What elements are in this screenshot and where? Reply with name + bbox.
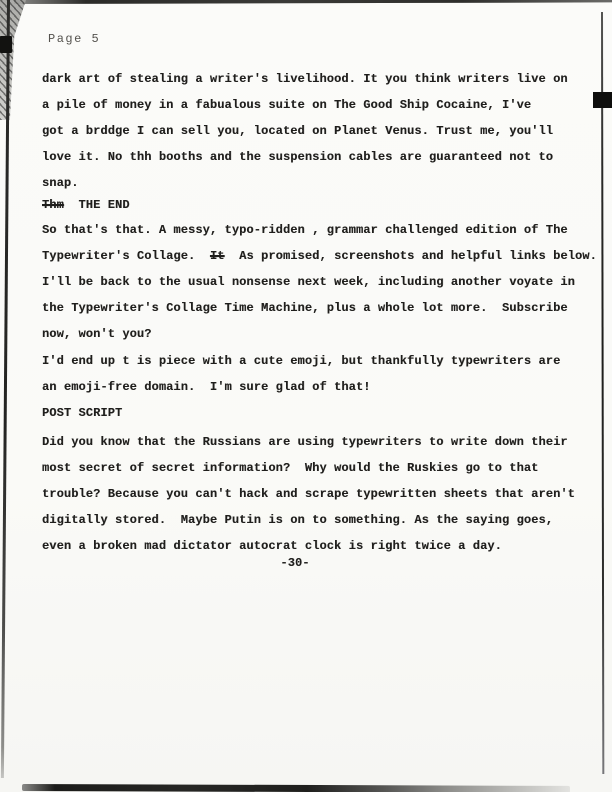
scan-artifact-left-blob [0,36,12,53]
scan-artifact-bottom-band [22,784,570,792]
paragraph-bridge: dark art of stealing a writer's liveliho… [42,66,568,196]
scanned-page: Page 5 dark art of stealing a writer's l… [0,0,612,792]
struck-word: It [210,249,225,263]
text-line: trouble? Because you can't hack and scra… [42,481,575,507]
text-line: love it. No thh booths and the suspensio… [42,144,568,170]
text-line: I'd end up t is piece with a cute emoji,… [42,348,560,374]
text-line: the Typewriter's Collage Time Machine, p… [42,295,597,321]
text-line: now, won't you? [42,321,597,347]
text-line: got a brddge I can sell you, located on … [42,118,568,144]
text-line: an emoji-free domain. I'm sure glad of t… [42,374,560,400]
struck-word: Thm [42,198,64,212]
heading-text: POST SCRIPT [42,400,122,426]
text-line: Typewriter's Collage. It As promised, sc… [42,243,597,269]
scan-artifact-right-blob [593,92,612,108]
paragraph-wrap-up: So that's that. A messy, typo-ridden , g… [42,217,597,347]
text-segment: Typewriter's Collage. [42,249,210,263]
text-line: digitally stored. Maybe Putin is on to s… [42,507,575,533]
text-line: So that's that. A messy, typo-ridden , g… [42,217,597,243]
text-line: Thm THE END [42,192,130,218]
scan-artifact-left-edge [1,0,10,778]
text-line: dark art of stealing a writer's liveliho… [42,66,568,92]
page-number-label: Page 5 [48,28,100,50]
text-line: Did you know that the Russians are using… [42,429,575,455]
text-line: I'll be back to the usual nonsense next … [42,269,597,295]
text-segment: As promised, screenshots and helpful lin… [225,249,597,263]
heading-text: THE END [64,198,130,212]
section-heading-the-end: Thm THE END [42,192,130,218]
text-line: most secret of secret information? Why w… [42,455,575,481]
paragraph-emoji: I'd end up t is piece with a cute emoji,… [42,348,560,400]
section-heading-post-script: POST SCRIPT [42,400,122,426]
end-mark: -30- [0,550,590,576]
end-mark-text: -30- [280,550,309,576]
scan-artifact-topleft-hatch [0,0,26,120]
text-line: a pile of money in a fabualous suite on … [42,92,568,118]
paragraph-russians: Did you know that the Russians are using… [42,429,575,559]
scan-artifact-right-edge [601,12,604,774]
scan-artifact-top-edge [14,0,612,4]
